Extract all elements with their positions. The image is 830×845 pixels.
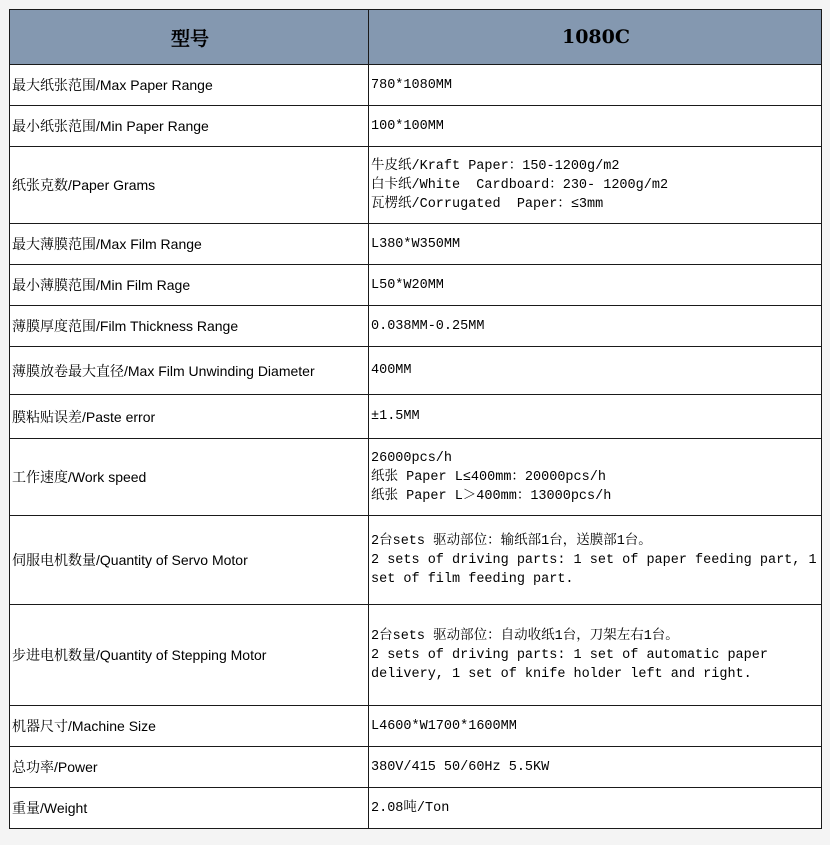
spec-value-line: L380*W350MM	[371, 235, 821, 254]
spec-label: 工作速度/Work speed	[10, 439, 369, 516]
table-row: 伺服电机数量/Quantity of Servo Motor2台sets 驱动部…	[10, 516, 822, 605]
table-row: 最小纸张范围/Min Paper Range100*100MM	[10, 106, 822, 147]
spec-value-line: 白卡纸/White Cardboard：230- 1200g/m2	[371, 176, 821, 195]
spec-value: L4600*W1700*1600MM	[369, 706, 822, 747]
spec-value: L380*W350MM	[369, 224, 822, 265]
table-row: 总功率/Power380V/415 50/60Hz 5.5KW	[10, 747, 822, 788]
spec-value-line: ±1.5MM	[371, 407, 821, 426]
spec-value-line: 380V/415 50/60Hz 5.5KW	[371, 758, 821, 777]
spec-label: 机器尺寸/Machine Size	[10, 706, 369, 747]
table-row: 最大纸张范围/Max Paper Range780*1080MM	[10, 65, 822, 106]
spec-value-line: 牛皮纸/Kraft Paper：150-1200g/m2	[371, 157, 821, 176]
spec-value: L50*W20MM	[369, 265, 822, 306]
spec-label: 薄膜厚度范围/Film Thickness Range	[10, 306, 369, 347]
table-row: 最小薄膜范围/Min Film RageL50*W20MM	[10, 265, 822, 306]
spec-value: 26000pcs/h纸张 Paper L≤400mm：20000pcs/h纸张 …	[369, 439, 822, 516]
spec-value-line: 2台sets 驱动部位：自动收纸1台，刀架左右1台。	[371, 627, 821, 646]
spec-label: 步进电机数量/Quantity of Stepping Motor	[10, 605, 369, 706]
spec-label: 膜粘贴误差/Paste error	[10, 395, 369, 439]
spec-value-line: L4600*W1700*1600MM	[371, 717, 821, 736]
spec-label: 薄膜放卷最大直径/Max Film Unwinding Diameter	[10, 347, 369, 395]
spec-label: 伺服电机数量/Quantity of Servo Motor	[10, 516, 369, 605]
spec-value: 400MM	[369, 347, 822, 395]
spec-value-line: 2 sets of driving parts: 1 set of paper …	[371, 551, 821, 589]
spec-value-line: 0.038MM-0.25MM	[371, 317, 821, 336]
table-row: 薄膜厚度范围/Film Thickness Range0.038MM-0.25M…	[10, 306, 822, 347]
spec-label: 最小纸张范围/Min Paper Range	[10, 106, 369, 147]
spec-label: 总功率/Power	[10, 747, 369, 788]
spec-body: 最大纸张范围/Max Paper Range780*1080MM最小纸张范围/M…	[10, 65, 822, 829]
spec-value: 牛皮纸/Kraft Paper：150-1200g/m2白卡纸/White Ca…	[369, 147, 822, 224]
spec-value: 2台sets 驱动部位：自动收纸1台，刀架左右1台。2 sets of driv…	[369, 605, 822, 706]
spec-label: 最大纸张范围/Max Paper Range	[10, 65, 369, 106]
spec-value-line: 2 sets of driving parts: 1 set of automa…	[371, 646, 821, 684]
spec-value: 780*1080MM	[369, 65, 822, 106]
header-row: 型号 1080C	[10, 10, 822, 65]
spec-value-line: 纸张 Paper L＞400mm：13000pcs/h	[371, 487, 821, 506]
spec-value-line: 2.08吨/Ton	[371, 799, 821, 818]
spec-value: ±1.5MM	[369, 395, 822, 439]
table-row: 纸张克数/Paper Grams牛皮纸/Kraft Paper：150-1200…	[10, 147, 822, 224]
spec-value-line: 100*100MM	[371, 117, 821, 136]
table-row: 重量/Weight2.08吨/Ton	[10, 788, 822, 829]
spec-value: 0.038MM-0.25MM	[369, 306, 822, 347]
spec-value-line: L50*W20MM	[371, 276, 821, 295]
spec-value-line: 26000pcs/h	[371, 449, 821, 468]
spec-value-line: 400MM	[371, 361, 821, 380]
table-row: 机器尺寸/Machine SizeL4600*W1700*1600MM	[10, 706, 822, 747]
header-model-value: 1080C	[369, 10, 822, 65]
spec-label: 最大薄膜范围/Max Film Range	[10, 224, 369, 265]
spec-value: 380V/415 50/60Hz 5.5KW	[369, 747, 822, 788]
table-row: 步进电机数量/Quantity of Stepping Motor2台sets …	[10, 605, 822, 706]
spec-label: 重量/Weight	[10, 788, 369, 829]
spec-value-line: 纸张 Paper L≤400mm：20000pcs/h	[371, 468, 821, 487]
header-model-label: 型号	[10, 10, 369, 65]
spec-table: 型号 1080C 最大纸张范围/Max Paper Range780*1080M…	[9, 9, 822, 829]
table-row: 工作速度/Work speed26000pcs/h纸张 Paper L≤400m…	[10, 439, 822, 516]
spec-value: 2台sets 驱动部位：输纸部1台，送膜部1台。2 sets of drivin…	[369, 516, 822, 605]
table-row: 薄膜放卷最大直径/Max Film Unwinding Diameter400M…	[10, 347, 822, 395]
spec-value: 100*100MM	[369, 106, 822, 147]
spec-value-line: 2台sets 驱动部位：输纸部1台，送膜部1台。	[371, 532, 821, 551]
spec-value-line: 780*1080MM	[371, 76, 821, 95]
spec-value-line: 瓦楞纸/Corrugated Paper：≤3mm	[371, 195, 821, 214]
spec-label: 纸张克数/Paper Grams	[10, 147, 369, 224]
spec-label: 最小薄膜范围/Min Film Rage	[10, 265, 369, 306]
table-row: 最大薄膜范围/Max Film RangeL380*W350MM	[10, 224, 822, 265]
table-row: 膜粘贴误差/Paste error±1.5MM	[10, 395, 822, 439]
spec-value: 2.08吨/Ton	[369, 788, 822, 829]
